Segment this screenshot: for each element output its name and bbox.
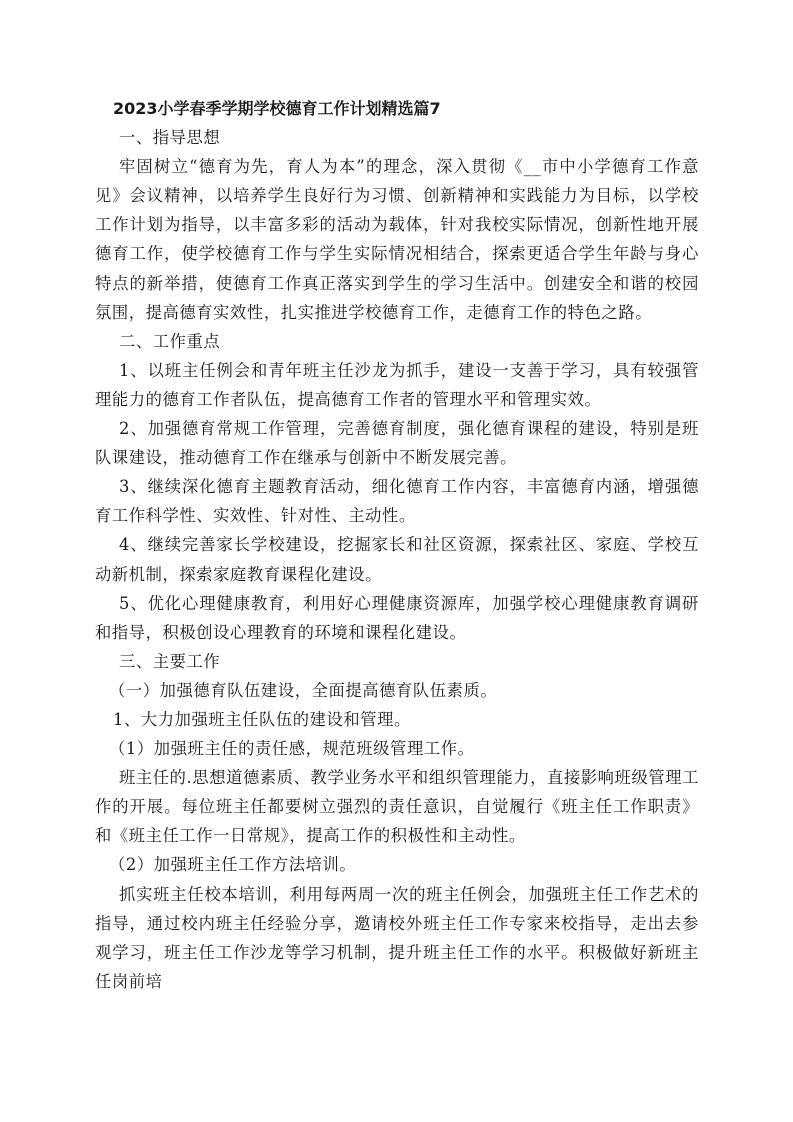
paragraph-focus-3: 3、继续深化德育主题教育活动，细化德育工作内容，丰富德育内涵，增强德育工作科学性… — [95, 472, 699, 530]
paragraph-focus-1: 1、以班主任例会和青年班主任沙龙为抓手，建设一支善于学习，具有较强管理能力的德育… — [95, 356, 699, 414]
point-text-2: 抓实班主任校本培训，利用每两周一次的班主任例会，加强班主任工作艺术的指导，通过校… — [95, 880, 699, 996]
subheading-team-building: （一）加强德育队伍建设，全面提高德育队伍素质。 — [95, 676, 699, 705]
item-heading-class-teacher: 1、大力加强班主任队伍的建设和管理。 — [95, 705, 699, 734]
section-heading-guiding-thought: 一、指导思想 — [95, 123, 699, 152]
paragraph-focus-4: 4、继续完善家长学校建设，挖掘家长和社区资源，探索社区、家庭、学校互动新机制，探… — [95, 530, 699, 588]
document-title: 2023小学春季学期学校德育工作计划精选篇7 — [95, 94, 699, 123]
document-page: 2023小学春季学期学校德育工作计划精选篇7 一、指导思想 牢固树立“德育为先，… — [95, 94, 699, 996]
paragraph-guiding-thought: 牢固树立“德育为先，育人为本”的理念，深入贯彻《__市中小学德育工作意见》会议精… — [95, 152, 699, 327]
section-heading-work-focus: 二、工作重点 — [95, 327, 699, 356]
paragraph-focus-5: 5、优化心理健康教育，利用好心理健康资源库，加强学校心理健康教育调研和指导，积极… — [95, 589, 699, 647]
paragraph-focus-2: 2、加强德育常规工作管理，完善德育制度，强化德育课程的建设，特别是班队课建设，推… — [95, 414, 699, 472]
point-label-2: （2）加强班主任工作方法培训。 — [95, 850, 699, 879]
section-heading-main-work: 三、主要工作 — [95, 647, 699, 676]
point-text-1: 班主任的.思想道德素质、教学业务水平和组织管理能力，直接影响班级管理工作的开展。… — [95, 763, 699, 850]
point-label-1: （1）加强班主任的责任感，规范班级管理工作。 — [95, 734, 699, 763]
